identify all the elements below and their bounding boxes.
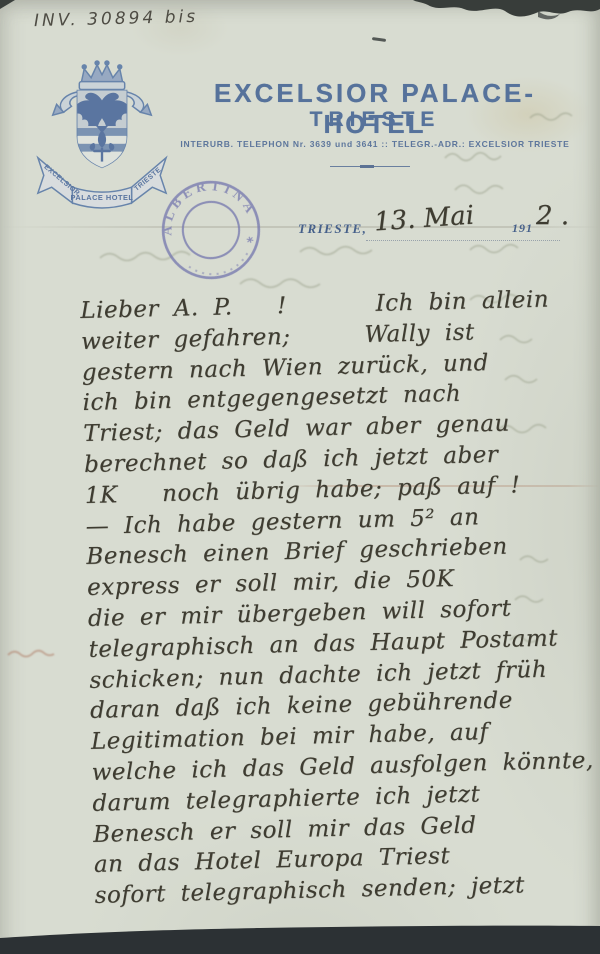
hotel-crest-icon: EXCELSIOR PALACE HOTEL TRIESTE — [28, 44, 176, 216]
crest-banner-center-label: PALACE HOTEL — [71, 193, 134, 202]
hotel-city-title: TRIESTE — [175, 108, 575, 132]
letter-body: Lieber A. P. ! Ich bin allein weiter gef… — [80, 284, 600, 912]
letterhead-divider — [330, 166, 410, 171]
torn-edge-bottom — [0, 918, 600, 954]
dateline-place-printed: TRIESTE, — [298, 221, 367, 237]
letterhead-info-line: INTERURB. TELEPHON Nr. 3639 und 3641 :: … — [170, 139, 580, 149]
margin-annotation-mark — [8, 651, 54, 657]
scanned-letter: INV. 30894 bis — [0, 0, 600, 954]
dateline-year-handwritten: 2 . — [536, 201, 569, 231]
stamp-star: * — [245, 234, 256, 251]
dateline-year-printed: 191 — [512, 221, 533, 236]
